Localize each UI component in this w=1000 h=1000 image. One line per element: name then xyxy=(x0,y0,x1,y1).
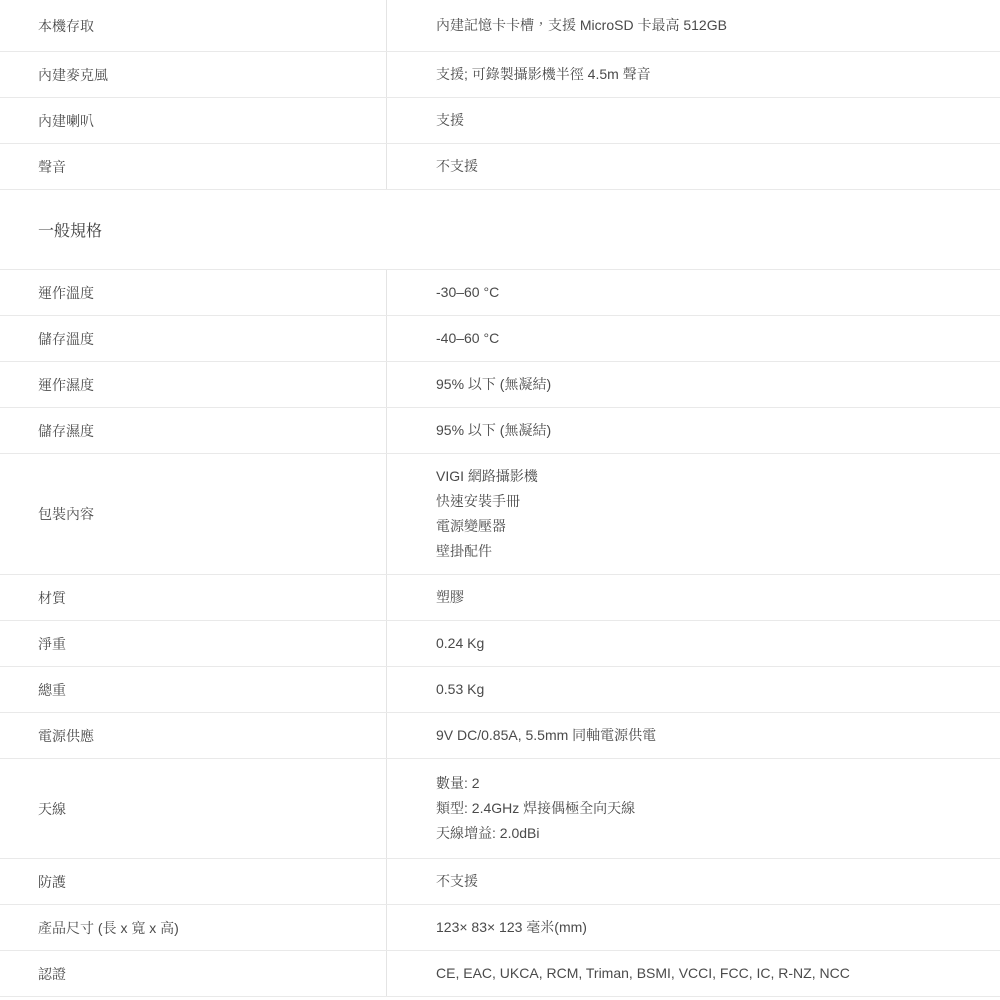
spec-value: 123× 83× 123 毫米(mm) xyxy=(386,905,1000,950)
spec-value: 數量: 2 類型: 2.4GHz 焊接偶極全向天線 天線增益: 2.0dBi xyxy=(386,759,1000,858)
spec-label: 儲存溫度 xyxy=(0,316,386,361)
spec-label: 電源供應 xyxy=(0,713,386,758)
spec-row: 儲存濕度 95% 以下 (無凝結) xyxy=(0,408,1000,454)
spec-value: 內建記憶卡卡槽，支援 MicroSD 卡最高 512GB xyxy=(386,0,1000,51)
spec-label: 儲存濕度 xyxy=(0,408,386,453)
spec-label: 包裝內容 xyxy=(0,454,386,574)
spec-value: 9V DC/0.85A, 5.5mm 同軸電源供電 xyxy=(386,713,1000,758)
spec-value: VIGI 網路攝影機 快速安裝手冊 電源變壓器 壁掛配件 xyxy=(386,454,1000,574)
spec-row: 儲存溫度 -40–60 °C xyxy=(0,316,1000,362)
spec-row: 總重 0.53 Kg xyxy=(0,667,1000,713)
spec-value: 不支援 xyxy=(386,859,1000,904)
spec-value-line: 天線增益: 2.0dBi xyxy=(436,821,635,846)
spec-value-line: VIGI 網路攝影機 xyxy=(436,464,538,489)
spec-value: 支援; 可錄製攝影機半徑 4.5m 聲音 xyxy=(386,52,1000,97)
spec-value: -30–60 °C xyxy=(386,270,1000,315)
spec-row: 聲音 不支援 xyxy=(0,144,1000,190)
section-header-general-specs: 一般規格 xyxy=(0,190,1000,270)
spec-label: 內建喇叭 xyxy=(0,98,386,143)
spec-row: 運作濕度 95% 以下 (無凝結) xyxy=(0,362,1000,408)
spec-value-line: 快速安裝手冊 xyxy=(436,489,538,514)
spec-row: 內建喇叭 支援 xyxy=(0,98,1000,144)
spec-label: 材質 xyxy=(0,575,386,620)
spec-value: 塑膠 xyxy=(386,575,1000,620)
spec-label: 天線 xyxy=(0,759,386,858)
spec-label: 本機存取 xyxy=(0,0,386,51)
spec-value: 0.53 Kg xyxy=(386,667,1000,712)
spec-row: 天線 數量: 2 類型: 2.4GHz 焊接偶極全向天線 天線增益: 2.0dB… xyxy=(0,759,1000,859)
spec-label: 淨重 xyxy=(0,621,386,666)
spec-value: -40–60 °C xyxy=(386,316,1000,361)
spec-row: 包裝內容 VIGI 網路攝影機 快速安裝手冊 電源變壓器 壁掛配件 xyxy=(0,454,1000,575)
spec-row: 認證 CE, EAC, UKCA, RCM, Triman, BSMI, VCC… xyxy=(0,951,1000,997)
spec-label: 運作濕度 xyxy=(0,362,386,407)
spec-table: 本機存取 內建記憶卡卡槽，支援 MicroSD 卡最高 512GB 內建麥克風 … xyxy=(0,0,1000,997)
spec-row: 內建麥克風 支援; 可錄製攝影機半徑 4.5m 聲音 xyxy=(0,52,1000,98)
spec-label: 總重 xyxy=(0,667,386,712)
spec-label: 內建麥克風 xyxy=(0,52,386,97)
spec-value-line: 類型: 2.4GHz 焊接偶極全向天線 xyxy=(436,796,635,821)
spec-value-line: 電源變壓器 xyxy=(436,514,538,539)
spec-value: 95% 以下 (無凝結) xyxy=(386,362,1000,407)
spec-row: 本機存取 內建記憶卡卡槽，支援 MicroSD 卡最高 512GB xyxy=(0,0,1000,52)
spec-row: 運作溫度 -30–60 °C xyxy=(0,270,1000,316)
spec-value: 95% 以下 (無凝結) xyxy=(386,408,1000,453)
spec-row: 防護 不支援 xyxy=(0,859,1000,905)
spec-row: 材質 塑膠 xyxy=(0,575,1000,621)
spec-value: CE, EAC, UKCA, RCM, Triman, BSMI, VCCI, … xyxy=(386,951,1000,996)
spec-label: 聲音 xyxy=(0,144,386,189)
spec-label: 產品尺寸 (長 x 寬 x 高) xyxy=(0,905,386,950)
spec-value-line: 數量: 2 xyxy=(436,771,635,796)
spec-row: 產品尺寸 (長 x 寬 x 高) 123× 83× 123 毫米(mm) xyxy=(0,905,1000,951)
spec-value: 不支援 xyxy=(386,144,1000,189)
spec-row: 電源供應 9V DC/0.85A, 5.5mm 同軸電源供電 xyxy=(0,713,1000,759)
spec-row: 淨重 0.24 Kg xyxy=(0,621,1000,667)
spec-value-line: 壁掛配件 xyxy=(436,539,538,564)
spec-label: 運作溫度 xyxy=(0,270,386,315)
spec-value: 支援 xyxy=(386,98,1000,143)
spec-value: 0.24 Kg xyxy=(386,621,1000,666)
spec-label: 認證 xyxy=(0,951,386,996)
spec-label: 防護 xyxy=(0,859,386,904)
